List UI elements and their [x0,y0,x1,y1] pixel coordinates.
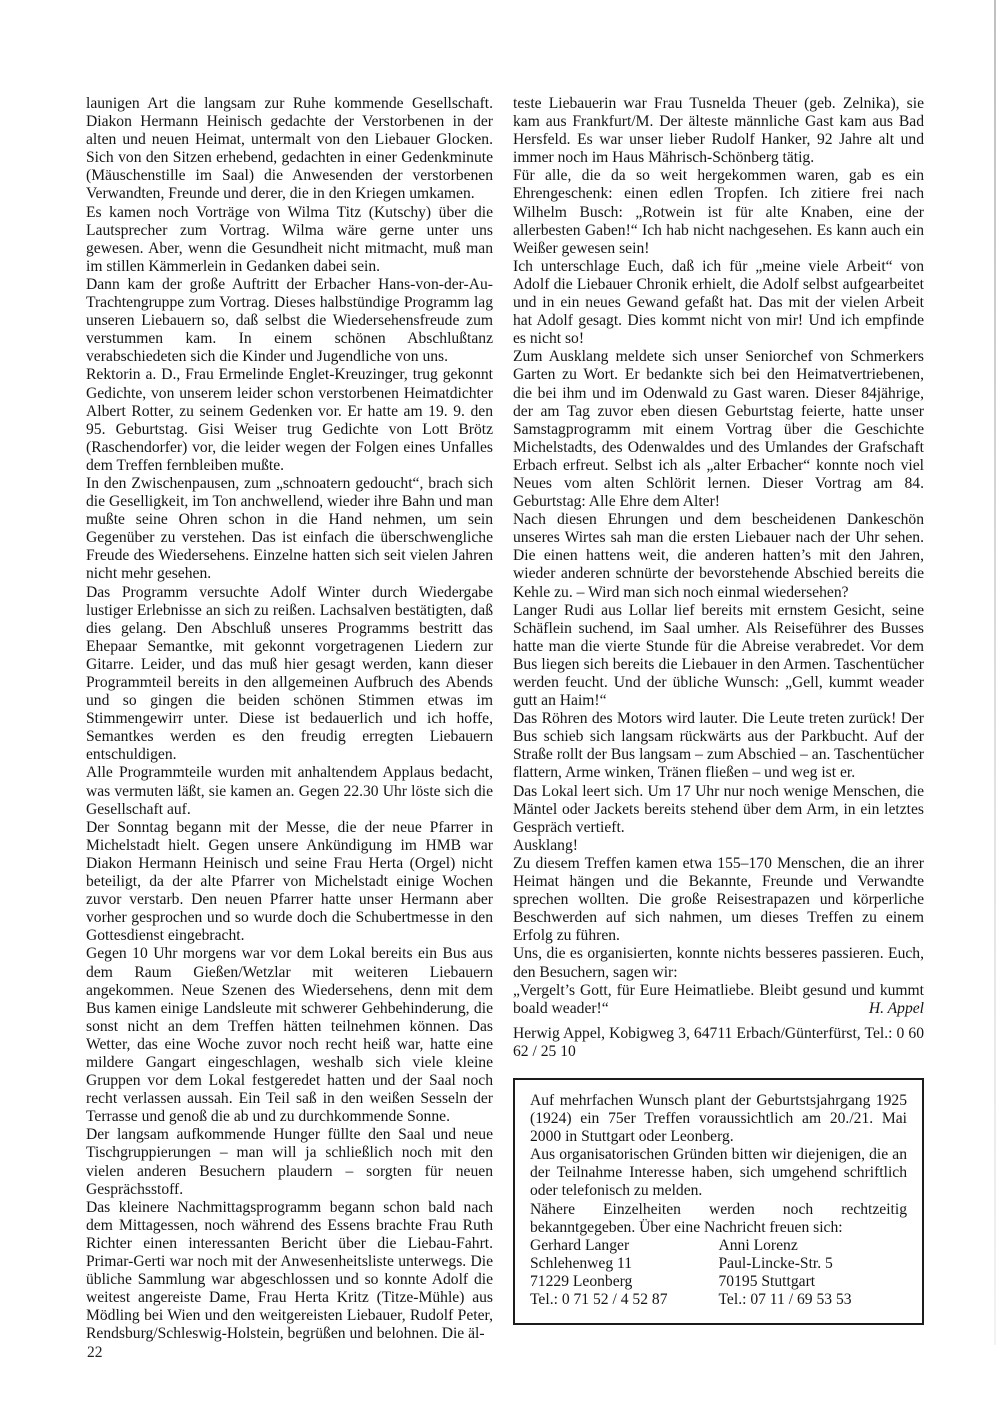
paragraph: Langer Rudi aus Lollar lief bereits mit … [513,602,924,711]
paragraph: Der langsam aufkommende Hunger füllte de… [86,1126,493,1198]
contact-street: Schlehenweg 11 [530,1255,719,1273]
contact-city: 71229 Leonberg [530,1273,719,1291]
paragraph: Das Lokal leert sich. Um 17 Uhr nur noch… [513,783,924,837]
scan-edge-artifact [994,0,996,1345]
paragraph: Zum Ausklang meldete sich unser Seniorch… [513,348,924,511]
paragraph: Ausklang! [513,837,924,855]
author-signature: H. Appel [869,1000,924,1018]
paragraph: Das kleinere Nachmittagsprogramm begann … [86,1199,493,1344]
contact-phone: Tel.: 07 11 / 69 53 53 [719,1291,908,1309]
contact-street: Paul-Lincke-Str. 5 [719,1255,908,1273]
page-number: 22 [87,1344,103,1362]
paragraph: Zu diesem Treffen kamen etwa 155–170 Men… [513,855,924,945]
contact-anni-lorenz: Anni Lorenz Paul-Lincke-Str. 5 70195 Stu… [719,1237,908,1309]
paragraph: Auf mehrfachen Wunsch plant der Geburtst… [530,1092,907,1146]
paragraph: Aus organisatorischen Gründen bitten wir… [530,1146,907,1200]
contact-city: 70195 Stuttgart [719,1273,908,1291]
article-left-column: launigen Art die langsam zur Ruhe kommen… [86,95,493,1343]
scanned-newsletter-page: launigen Art die langsam zur Ruhe kommen… [0,0,1000,1412]
notice-box-paragraphs: Auf mehrfachen Wunsch plant der Geburtst… [530,1092,907,1237]
paragraph: Es kamen noch Vorträge von Wilma Titz (K… [86,204,493,276]
contact-name: Anni Lorenz [719,1237,908,1255]
quote-text: „Vergelt’s Gott, für Eure Heimatliebe. B… [513,982,924,1018]
paragraph: Gegen 10 Uhr morgens war vor dem Lokal b… [86,945,493,1126]
paragraph: Alle Programmteile wurden mit anhaltende… [86,764,493,818]
paragraph: Das Programm versuchte Adolf Winter durc… [86,584,493,765]
contact-name: Gerhard Langer [530,1237,719,1255]
right-column-paragraphs: teste Liebauerin war Frau Tusnelda Theue… [513,95,924,982]
paragraph: Nach diesen Ehrungen und dem bescheidene… [513,511,924,601]
contact-phone: Tel.: 0 71 52 / 4 52 87 [530,1291,719,1309]
notice-box: Auf mehrfachen Wunsch plant der Geburtst… [513,1078,924,1325]
paragraph: Rektorin a. D., Frau Ermelinde Englet-Kr… [86,366,493,475]
paragraph: Das Röhren des Motors wird lauter. Die L… [513,710,924,782]
paragraph: Dann kam der große Auftritt der Erbacher… [86,276,493,366]
paragraph: teste Liebauerin war Frau Tusnelda Theue… [513,95,924,167]
paragraph: Ich unterschlage Euch, daß ich für „mein… [513,258,924,348]
contact-gerhard-langer: Gerhard Langer Schlehenweg 11 71229 Leon… [530,1237,719,1309]
article-right-column: teste Liebauerin war Frau Tusnelda Theue… [513,95,924,1325]
paragraph: Der Sonntag begann mit der Messe, die de… [86,819,493,946]
author-contact-line: Herwig Appel, Kobigweg 3, 64711 Erbach/G… [513,1025,924,1061]
paragraph: Nähere Einzelheiten werden noch rechtzei… [530,1201,907,1237]
paragraph: Für alle, die da so weit hergekommen war… [513,167,924,257]
notice-box-contacts: Gerhard Langer Schlehenweg 11 71229 Leon… [530,1237,907,1309]
closing-quote: „Vergelt’s Gott, für Eure Heimatliebe. B… [513,982,924,1018]
paragraph: Uns, die es organisierten, konnte nichts… [513,945,924,981]
paragraph: In den Zwischenpausen, zum „schnoatern g… [86,475,493,584]
paragraph: launigen Art die langsam zur Ruhe kommen… [86,95,493,204]
